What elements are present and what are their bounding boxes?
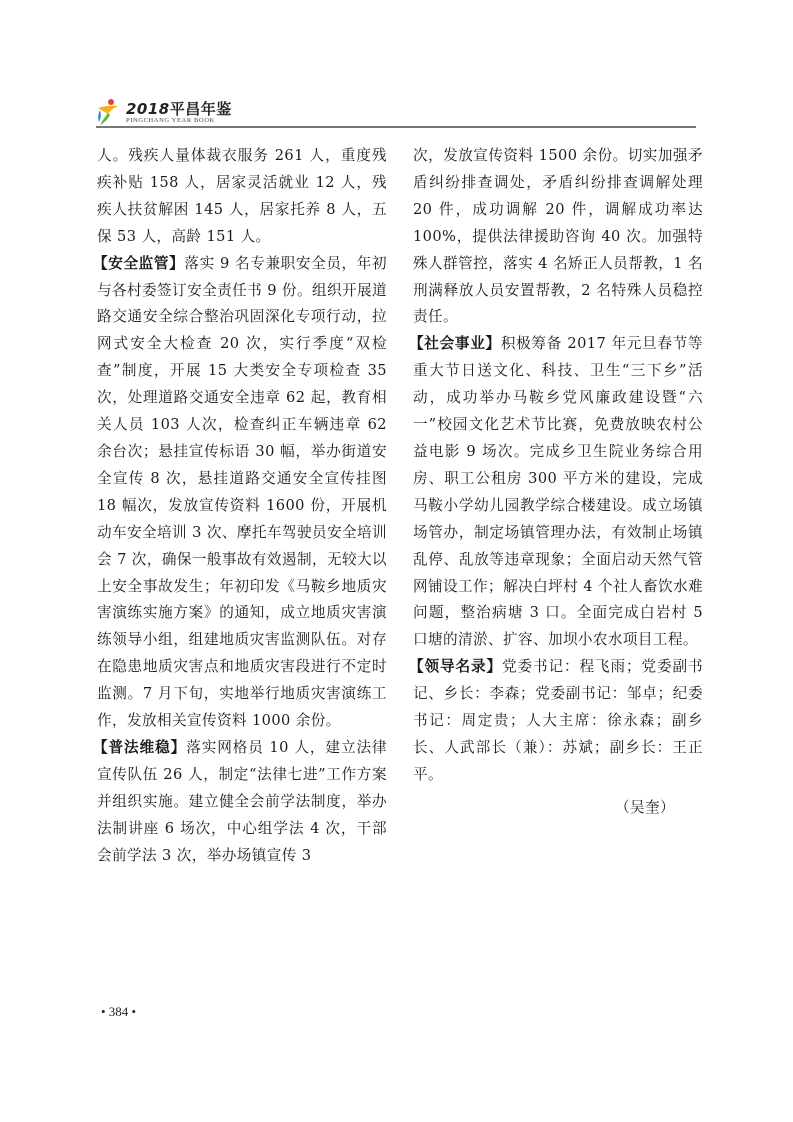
section-title: 【普法维稳】 <box>93 739 186 756</box>
section-leaders: 【领导名录】党委书记：程飞雨；党委副书记、乡长：李森；党委副书记：邹卓；纪委书记… <box>413 654 703 789</box>
section-body: 积极筹备 2017 年元旦春节等重大节日送文化、科技、卫生“三下乡”活动，成功举… <box>413 335 703 648</box>
right-column: 次，发放宣传资料 1500 余份。切实加强矛盾纠纷排查调处，矛盾纠纷排查调解处理… <box>413 143 703 822</box>
section-title: 【安全监管】 <box>93 255 184 272</box>
left-column: 人。残疾人量体裁衣服务 261 人，重度残疾补贴 158 人，居家灵活就业 12… <box>97 143 387 869</box>
header-rule <box>96 126 696 128</box>
intro-paragraph: 人。残疾人量体裁衣服务 261 人，重度残疾补贴 158 人，居家灵活就业 12… <box>97 143 387 251</box>
section-body: 落实网格员 10 人，建立法律宣传队伍 26 人，制定“法律七进”工作方案并组织… <box>97 739 387 864</box>
section-title: 【领导名录】 <box>409 658 502 675</box>
page-number: • 384 • <box>101 1004 136 1020</box>
yearbook-year: 2018 <box>126 100 170 118</box>
section-title: 【社会事业】 <box>409 335 501 352</box>
yearbook-subtitle: PINGCHANG YEAR BOOK <box>126 117 215 124</box>
continuation-paragraph: 次，发放宣传资料 1500 余份。切实加强矛盾纠纷排查调处，矛盾纠纷排查调解处理… <box>413 143 703 331</box>
section-safety: 【安全监管】落实 9 名专兼职安全员，年初与各村委签订安全责任书 9 份。组织开… <box>97 251 387 735</box>
section-body: 党委书记：程飞雨；党委副书记、乡长：李森；党委副书记：邹卓；纪委书记：周定贵；人… <box>413 658 703 783</box>
yearbook-title-cn: 平昌年鉴 <box>170 100 232 118</box>
pingchang-logo-icon <box>96 98 120 126</box>
yearbook-title: 2018平昌年鉴 <box>126 98 232 119</box>
section-legal: 【普法维稳】落实网格员 10 人，建立法律宣传队伍 26 人，制定“法律七进”工… <box>97 735 387 870</box>
section-social: 【社会事业】积极筹备 2017 年元旦春节等重大节日送文化、科技、卫生“三下乡”… <box>413 331 703 654</box>
author-credit: （吴奎） <box>413 795 703 822</box>
section-body: 落实 9 名专兼职安全员，年初与各村委签订安全责任书 9 份。组织开展道路交通安… <box>97 255 387 729</box>
